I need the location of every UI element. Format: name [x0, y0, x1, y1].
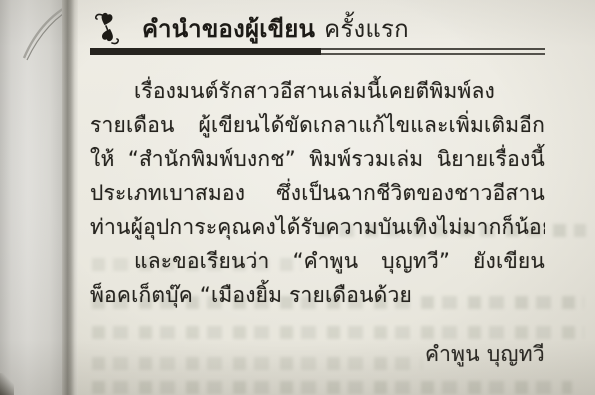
floral-heart-ornament-icon: [94, 11, 120, 47]
page-content: คำนำของผู้เขียนครั้งแรก เรื่องมนต์รักสาว…: [78, 0, 595, 371]
divider-rule-solid: [90, 48, 321, 55]
divider-rule: [90, 48, 545, 55]
page-corner-shadow: [0, 373, 14, 395]
preface-text: เรื่องมนต์รักสาวอีสานเล่มนี้เคยตีพิมพ์ลง…: [90, 74, 545, 312]
bleed-through-artifact: [92, 381, 572, 394]
text-line: ให้ “สำนักพิมพ์บงกช” พิมพ์รวมเล่ม นิยายเ…: [90, 142, 545, 176]
book-photo: คำนำของผู้เขียนครั้งแรก เรื่องมนต์รักสาว…: [0, 0, 595, 395]
signature: คำพูน บุญทวี: [425, 342, 545, 366]
text-line: และขอเรียนว่า “คำพูน บุญทวี” ยังเขียนประ…: [90, 244, 545, 278]
text-line: ท่านผู้อุปการะคุณคงได้รับความบันเทิงไม่ม…: [90, 210, 545, 244]
text-line: พ็อคเก็ตบุ๊ค “เมืองยิ้ม รายเดือนด้วย: [90, 278, 545, 312]
page-title-suffix: ครั้งแรก: [324, 15, 409, 43]
page-title-main: คำนำของผู้เขียน: [142, 15, 315, 43]
text-line: ประเภทเบาสมอง ซึ่งเป็นฉากชีวิตของชาวอีสา…: [90, 176, 545, 210]
text-line: เรื่องมนต์รักสาวอีสานเล่มนี้เคยตีพิมพ์ลง…: [90, 74, 545, 108]
signature-row: คำพูน บุญทวี: [90, 338, 545, 371]
chapter-heading-row: คำนำของผู้เขียนครั้งแรก: [90, 0, 545, 46]
page-title: คำนำของผู้เขียนครั้งแรก: [142, 10, 409, 48]
adjacent-page: [0, 0, 62, 395]
divider-rule-double: [321, 48, 545, 55]
book-gutter: [62, 0, 78, 395]
text-line: รายเดือน ผู้เขียนได้ขัดเกลาแก้ไขและเพิ่ม…: [90, 108, 545, 142]
book-page: คำนำของผู้เขียนครั้งแรก เรื่องมนต์รักสาว…: [78, 0, 595, 395]
